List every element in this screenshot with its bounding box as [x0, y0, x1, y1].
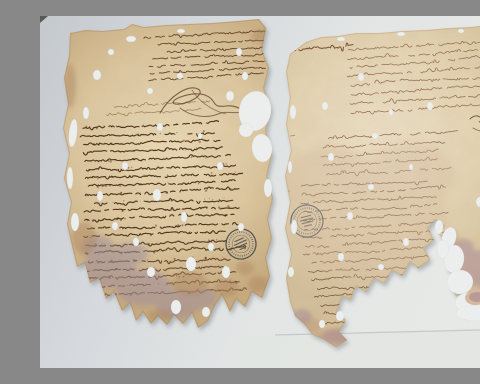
- manuscript-scene: [40, 16, 480, 368]
- photo-grain-overlay: [40, 16, 480, 368]
- photo-of-manuscripts: Photograph of two heavily damaged, worm-…: [40, 16, 480, 368]
